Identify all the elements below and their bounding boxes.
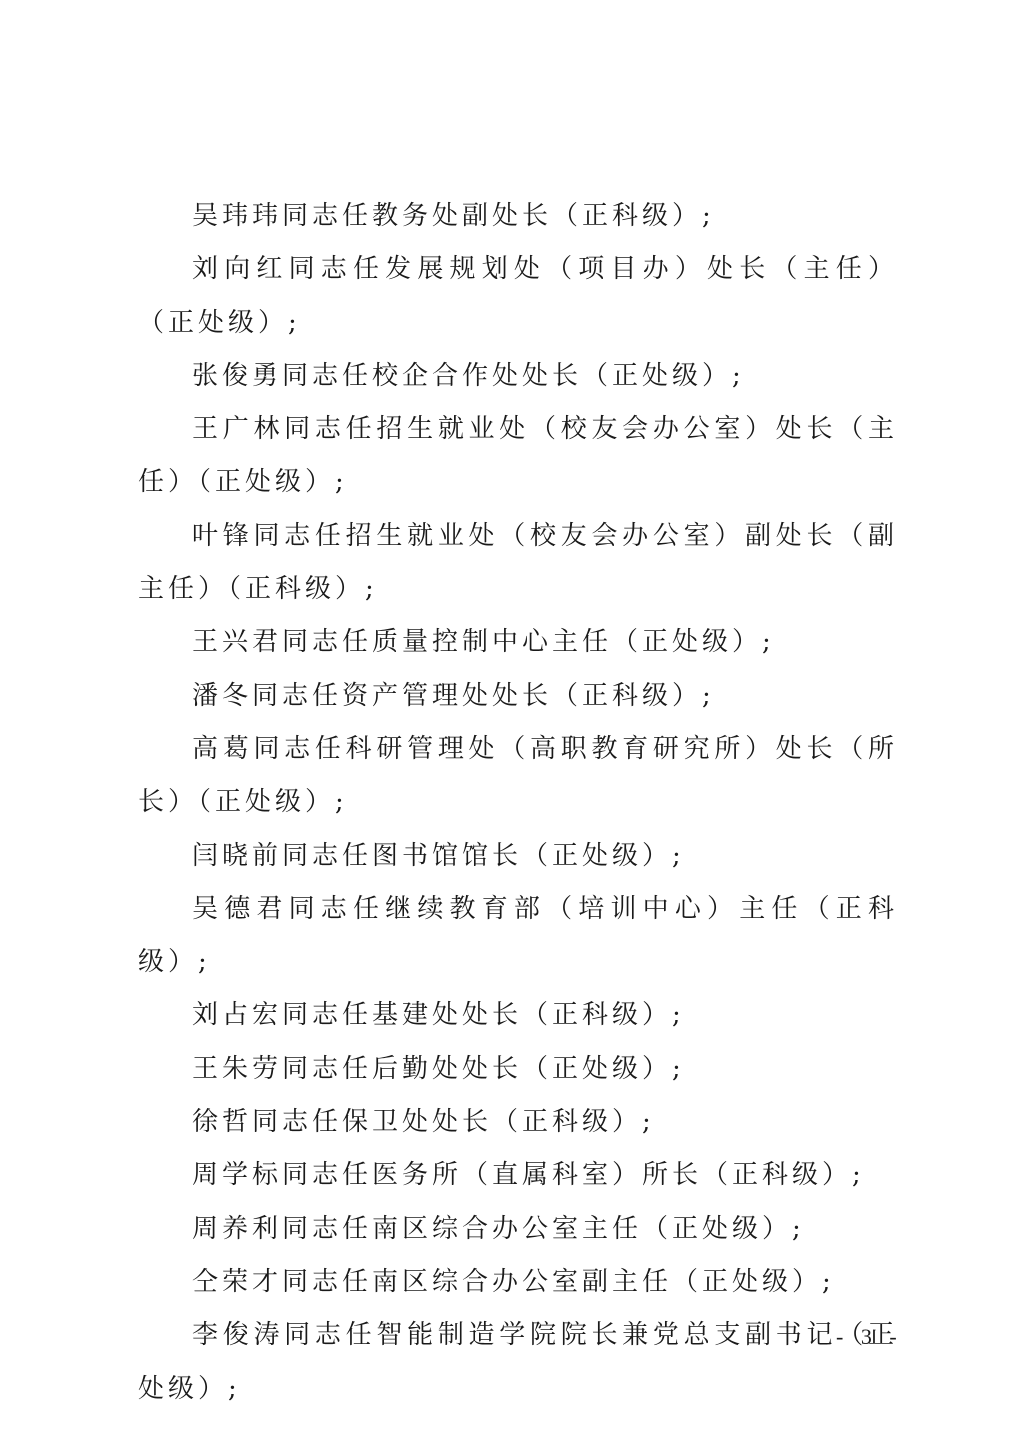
appointment-paragraph: 张俊勇同志任校企合作处处长（正处级）; — [138, 350, 898, 403]
appointment-paragraph: 王广林同志任招生就业处（校友会办公室）处长（主任）（正处级）; — [138, 403, 898, 510]
appointment-paragraph: 叶锋同志任招生就业处（校友会办公室）副处长（副主任）（正科级）; — [138, 510, 898, 617]
appointment-paragraph: 刘占宏同志任基建处处长（正科级）; — [138, 989, 898, 1042]
appointment-paragraph: 王朱劳同志任后勤处处长（正处级）; — [138, 1043, 898, 1096]
document-page: 吴玮玮同志任教务处副处长（正科级）; 刘向红同志任发展规划处（项目办）处长（主任… — [0, 0, 1024, 1448]
appointment-paragraph: 王兴君同志任质量控制中心主任（正处级）; — [138, 616, 898, 669]
appointment-list: 吴玮玮同志任教务处副处长（正科级）; 刘向红同志任发展规划处（项目办）处长（主任… — [138, 190, 898, 1416]
appointment-paragraph: 吴德君同志任继续教育部（培训中心）主任（正科级）; — [138, 883, 898, 990]
appointment-paragraph: 高葛同志任科研管理处（高职教育研究所）处长（所长）（正处级）; — [138, 723, 898, 830]
appointment-paragraph: 徐哲同志任保卫处处长（正科级）; — [138, 1096, 898, 1149]
appointment-paragraph: 刘向红同志任发展规划处（项目办）处长（主任）（正处级）; — [138, 243, 898, 350]
appointment-paragraph: 周养利同志任南区综合办公室主任（正处级）; — [138, 1203, 898, 1256]
appointment-paragraph: 周学标同志任医务所（直属科室）所长（正科级）; — [138, 1149, 898, 1202]
appointment-paragraph: 吴玮玮同志任教务处副处长（正科级）; — [138, 190, 898, 243]
appointment-paragraph: 仝荣才同志任南区综合办公室副主任（正处级）; — [138, 1256, 898, 1309]
appointment-paragraph: 闫晓前同志任图书馆馆长（正处级）; — [138, 830, 898, 883]
appointment-paragraph: 潘冬同志任资产管理处处长（正科级）; — [138, 670, 898, 723]
appointment-paragraph: 李俊涛同志任智能制造学院院长兼党总支副书记（正处级）; — [138, 1309, 898, 1416]
page-number: - 3 - — [836, 1324, 903, 1350]
